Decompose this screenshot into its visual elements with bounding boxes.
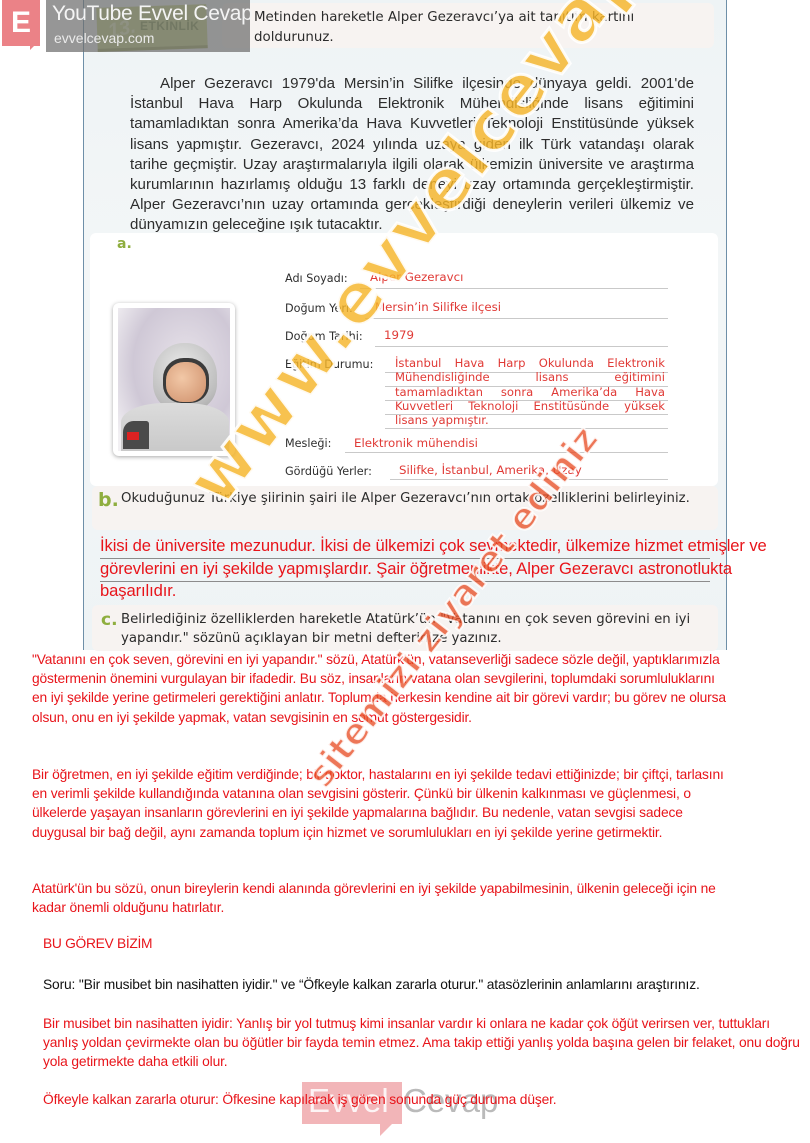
brand-logo-icon: E — [2, 0, 40, 46]
field-line — [375, 346, 668, 347]
answer-c-paragraph-3: Atatürk'ün bu sözü, onun bireylerin kend… — [32, 879, 732, 917]
astronaut-photo — [113, 303, 235, 456]
field-label-education: Eğitim Durumu: — [285, 358, 373, 371]
turkish-flag-icon — [127, 432, 139, 440]
face-icon — [166, 362, 206, 402]
field-value-birthplace[interactable]: Mersin’in Silifke ilçesi — [375, 300, 501, 314]
field-value-occupation[interactable]: Elektronik mühendisi — [354, 436, 478, 450]
question-letter-b: b. — [98, 489, 119, 511]
field-value-places[interactable]: Silifke, İstanbul, Amerika, Uzay — [399, 463, 582, 477]
answer-c-paragraph-1: "Vatanını en çok seven, görevini en iyi … — [32, 650, 732, 727]
field-line — [360, 288, 668, 289]
answer-b: İkisi de üniversite mezunudur. İkisi de … — [100, 535, 810, 603]
field-label-name: Adı Soyadı: — [285, 272, 348, 285]
field-line — [365, 318, 668, 319]
question-b-text: Okuduğunuz Türkiye şiirinin şairi ile Al… — [121, 490, 716, 509]
card-letter-a: a. — [117, 236, 132, 252]
proverb-answer-2: Öfkeyle kalkan zararla oturur: Öfkesine … — [43, 1090, 743, 1109]
brand-title: YouTube Evvel Cevap — [52, 2, 253, 26]
activity-instruction: Metinden hareketle Alper Gezeravcı’ya ai… — [254, 8, 714, 48]
field-label-occupation: Mesleği: — [285, 437, 331, 450]
proverb-question: Soru: "Bir musibet bin nasihatten iyidir… — [43, 975, 743, 994]
field-label-birthdate: Doğum Tarihi: — [285, 330, 363, 343]
brand-url[interactable]: evvelcevap.com — [54, 30, 154, 46]
section-heading: BU GÖREV BİZİM — [43, 936, 152, 951]
reading-passage: Alper Gezeravcı 1979'da Mersin’in Silifk… — [130, 74, 694, 236]
answer-c-paragraph-2: Bir öğretmen, en iyi şekilde eğitim verd… — [32, 765, 732, 842]
field-line — [390, 479, 668, 480]
field-value-name[interactable]: Alper Gezeravcı — [370, 270, 463, 284]
field-line — [385, 428, 668, 429]
field-label-places: Gördüğü Yerler: — [285, 465, 372, 478]
field-value-education[interactable]: İstanbul Hava Harp Okulunda Elektronik M… — [395, 356, 665, 427]
field-label-birthplace: Doğum Yeri: — [285, 302, 353, 315]
question-letter-c: c. — [101, 610, 118, 630]
field-value-birthdate[interactable]: 1979 — [384, 328, 414, 342]
field-line — [345, 452, 668, 453]
proverb-answer-1: Bir musibet bin nasihatten iyidir: Yanlı… — [43, 1014, 808, 1072]
question-c-text: Belirlediğiniz özelliklerden hareketle A… — [121, 611, 716, 648]
